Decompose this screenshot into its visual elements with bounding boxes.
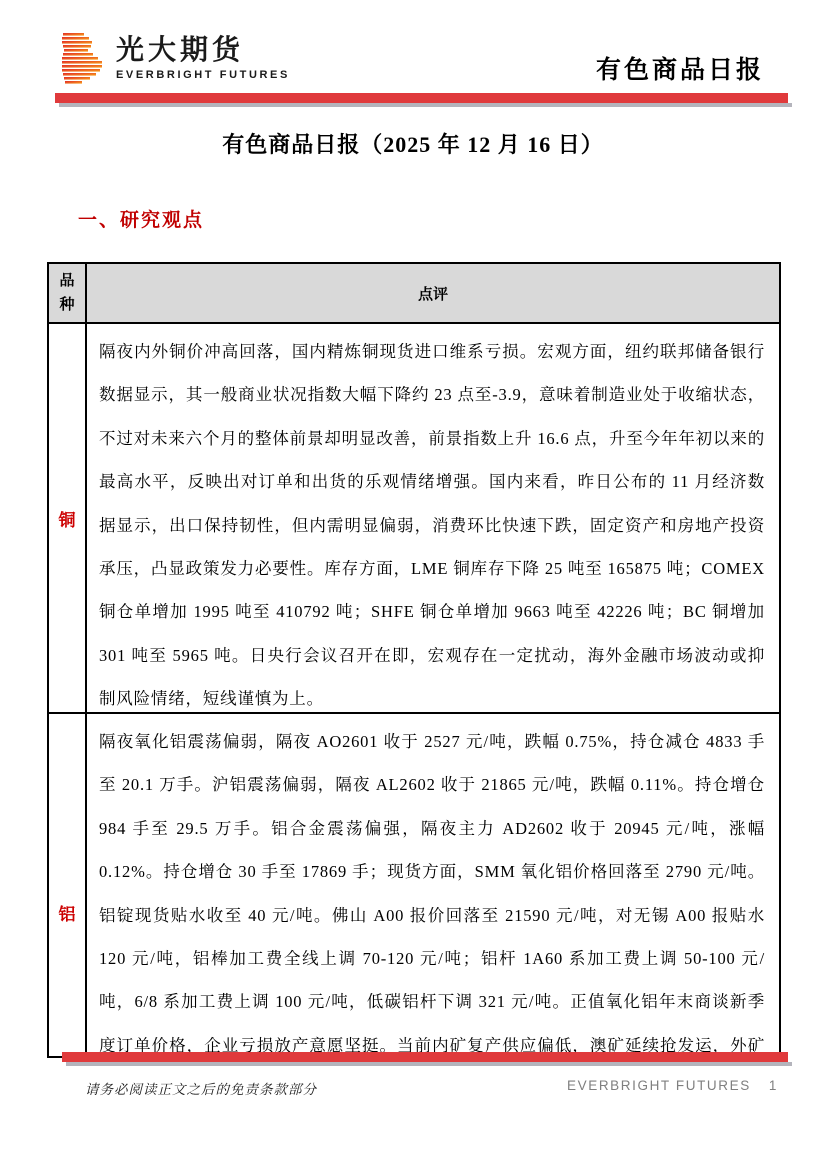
- column-header-comment: 点评: [87, 264, 779, 324]
- report-type-label: 有色商品日报: [596, 50, 764, 86]
- document-title: 有色商品日报（2025 年 12 月 16 日）: [0, 128, 826, 159]
- header-rule: [55, 93, 788, 103]
- logo-text: 光大期货 EVERBRIGHT FUTURES: [116, 33, 290, 81]
- section-heading: 一、研究观点: [78, 205, 204, 232]
- comment-copper: 隔夜内外铜价冲高回落，国内精炼铜现货进口维系亏损。宏观方面，纽约联邦储备银行数据…: [87, 324, 779, 714]
- logo-cn-name: 光大期货: [116, 33, 290, 67]
- everbright-b-icon: [62, 33, 102, 85]
- comment-aluminum: 隔夜氧化铝震荡偏弱，隔夜 AO2601 收于 2527 元/吨，跌幅 0.75%…: [87, 714, 779, 1058]
- footer-brand: EVERBRIGHT FUTURES 1: [567, 1078, 778, 1093]
- header-logo: 光大期货 EVERBRIGHT FUTURES: [62, 33, 290, 85]
- header-rule-shadow: [59, 103, 792, 107]
- footer-disclaimer: 请务必阅读正文之后的免责条款部分: [85, 1078, 317, 1098]
- variety-label-copper: 铜: [49, 324, 87, 714]
- column-header-variety: 品种: [49, 264, 87, 324]
- report-page: 光大期货 EVERBRIGHT FUTURES 有色商品日报 有色商品日报（20…: [0, 0, 826, 1169]
- footer-brand-name: EVERBRIGHT FUTURES: [567, 1078, 751, 1093]
- footer-rule-red: [62, 1052, 788, 1062]
- footer-rule-shadow: [66, 1062, 792, 1066]
- header-rule-red: [55, 93, 788, 103]
- research-table: 品种 点评 铜 隔夜内外铜价冲高回落，国内精炼铜现货进口维系亏损。宏观方面，纽约…: [47, 262, 781, 1058]
- variety-label-aluminum: 铝: [49, 714, 87, 1058]
- logo-en-name: EVERBRIGHT FUTURES: [116, 69, 290, 81]
- footer-page-number: 1: [769, 1078, 778, 1093]
